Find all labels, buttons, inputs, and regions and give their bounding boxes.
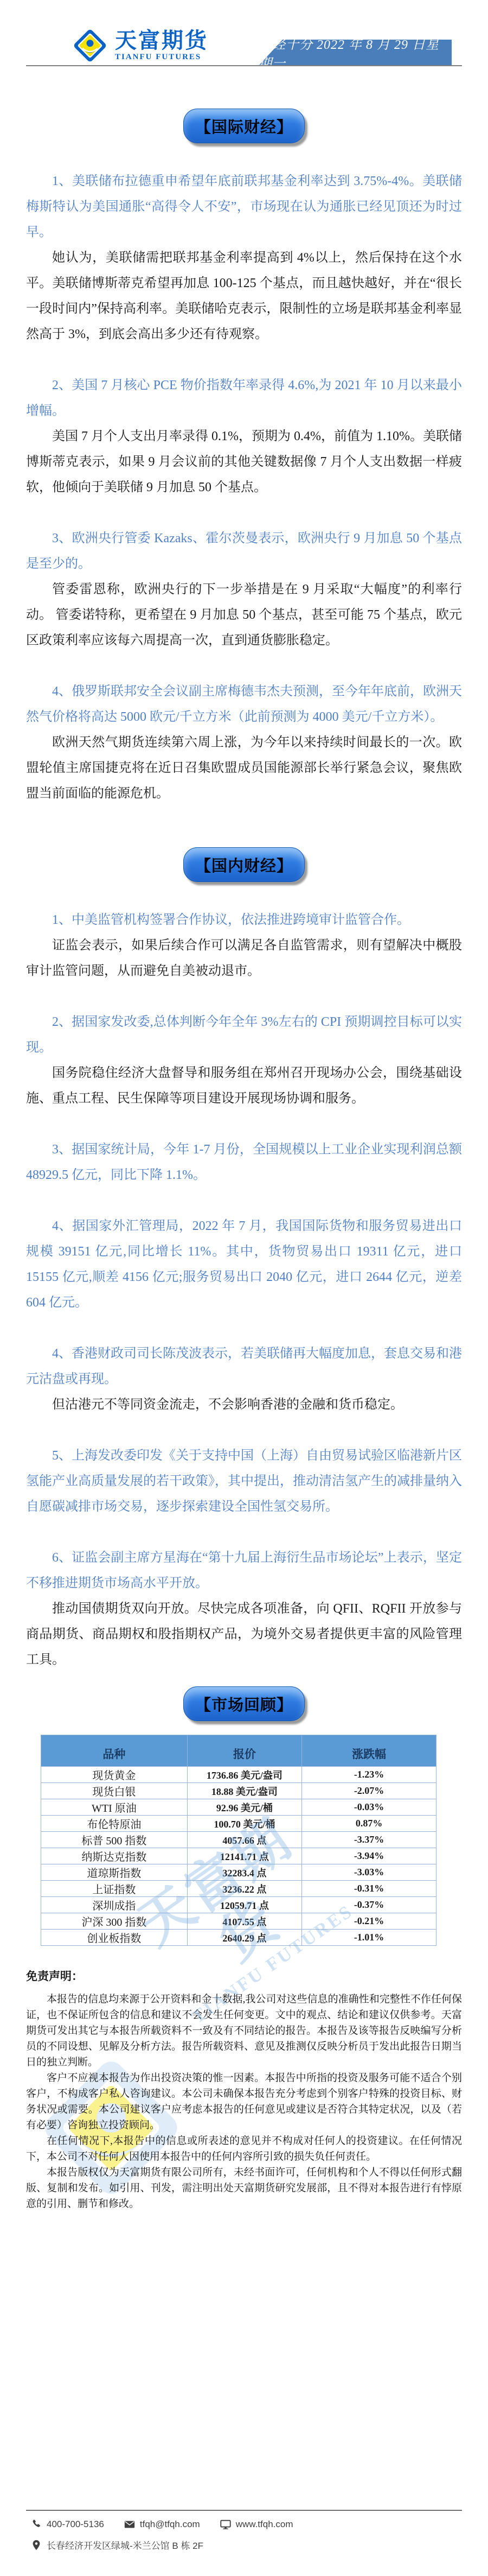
quote: 2640.29 点 bbox=[187, 1930, 301, 1946]
section-international: 1、美联储布拉德重申希望年底前联邦基金利率达到 3.75%-4%。美联储梅斯特认… bbox=[26, 169, 462, 807]
quote: 4057.66 点 bbox=[187, 1832, 301, 1848]
disclaimer-paragraph: 本报告版权仅为天富期货有限公司所有，未经书面许可，任何机构和个人不得以任何形式翻… bbox=[26, 2165, 462, 2212]
product-name: 布伦特原油 bbox=[41, 1816, 188, 1832]
website-url: www.tfqh.com bbox=[236, 2519, 293, 2530]
change-pct: -0.37% bbox=[302, 1897, 436, 1913]
news-paragraph: 欧洲天然气期货连续第六周上涨，为今年以来持续时间最长的一次。欧盟轮值主席国捷克将… bbox=[26, 730, 462, 807]
table-row: WTI 原油92.96 美元/桶-0.03% bbox=[41, 1799, 436, 1816]
product-name: 标普 500 指数 bbox=[41, 1832, 188, 1848]
news-paragraph: 1、美联储布拉德重申希望年底前联邦基金利率达到 3.75%-4%。美联储梅斯特认… bbox=[26, 169, 462, 245]
product-name: 沪深 300 指数 bbox=[41, 1913, 188, 1930]
table-row: 上证指数3236.22 点-0.31% bbox=[41, 1881, 436, 1897]
news-paragraph: 证监会表示，如果后续合作可以满足各自监管需求，则有望解决中概股审计监管问题，从而… bbox=[26, 933, 462, 984]
quote: 1736.86 美元/盎司 bbox=[187, 1767, 301, 1783]
email-item: tfqh@tfqh.com bbox=[124, 2518, 200, 2530]
table-header-row: 品种 报价 涨跌幅 bbox=[41, 1735, 436, 1767]
change-pct: -3.03% bbox=[302, 1864, 436, 1881]
section-title-international: 【国际财经】 bbox=[183, 109, 305, 143]
quote: 92.96 美元/桶 bbox=[187, 1799, 301, 1816]
tianfu-diamond-icon bbox=[70, 26, 110, 65]
news-paragraph: 但沽港元不等同资金流走，不会影响香港的金融和货币稳定。 bbox=[26, 1392, 462, 1418]
quote: 18.88 美元/盎司 bbox=[187, 1783, 301, 1799]
header: 天富期货 TIANFU FUTURES 财经十分 2022 年 8 月 29 日… bbox=[0, 0, 488, 66]
footer-address-row: 长春经济开发区绿城-米兰公馆 B 栋 2F bbox=[30, 2538, 462, 2552]
product-name: 上证指数 bbox=[41, 1881, 188, 1897]
footer: 400-700-5136 tfqh@tfqh.com www.tfqh.com … bbox=[26, 2510, 462, 2576]
news-paragraph: 4、据国家外汇管理局，2022 年 7 月，我国国际货物和服务贸易进出口规模 3… bbox=[26, 1214, 462, 1316]
change-pct: -2.07% bbox=[302, 1783, 436, 1799]
product-name: 现货白银 bbox=[41, 1783, 188, 1799]
product-name: 现货黄金 bbox=[41, 1767, 188, 1783]
phone-number: 400-700-5136 bbox=[47, 2519, 104, 2530]
brand-name-en: TIANFU FUTURES bbox=[115, 52, 208, 62]
news-paragraph: 国务院稳住经济大盘督导和服务组在郑州召开现场办公会，围绕基础设施、重点工程、民生… bbox=[26, 1061, 462, 1112]
product-name: 创业板指数 bbox=[41, 1930, 188, 1946]
disclaimer-paragraph: 在任何情况下,本报告中的信息或所表述的意见并不构成对任何人的投资建议。在任何情况… bbox=[26, 2133, 462, 2165]
address-text: 长春经济开发区绿城-米兰公馆 B 栋 2F bbox=[47, 2538, 203, 2552]
section-title-domestic: 【国内财经】 bbox=[183, 847, 305, 882]
website-item: www.tfqh.com bbox=[220, 2518, 293, 2530]
address-item: 长春经济开发区绿城-米兰公馆 B 栋 2F bbox=[30, 2538, 203, 2552]
news-paragraph: 5、上海发改委印发《关于支持中国（上海）自由贸易试验区临港新片区氢能产业高质量发… bbox=[26, 1443, 462, 1520]
disclaimer: 免责声明： 本报告的信息均来源于公开资料和金十数据,我公司对这些信息的准确性和完… bbox=[26, 1968, 462, 2212]
quote: 32283.4 点 bbox=[187, 1864, 301, 1881]
product-name: WTI 原油 bbox=[41, 1799, 188, 1816]
brand-name-cn: 天富期货 bbox=[115, 29, 208, 52]
news-paragraph: 她认为，美联储需把联邦基金利率提高到 4%以上，然后保持在这个水平。美联储博斯蒂… bbox=[26, 245, 462, 347]
quote: 12059.71 点 bbox=[187, 1897, 301, 1913]
table-row: 道琼斯指数32283.4 点-3.03% bbox=[41, 1864, 436, 1881]
phone-item: 400-700-5136 bbox=[30, 2518, 104, 2530]
footer-contact-row: 400-700-5136 tfqh@tfqh.com www.tfqh.com bbox=[30, 2518, 462, 2530]
footer-divider bbox=[26, 2510, 462, 2511]
change-pct: 0.87% bbox=[302, 1816, 436, 1832]
section-title-market-review: 【市场回顾】 bbox=[183, 1686, 305, 1721]
news-paragraph: 4、俄罗斯联邦安全会议副主席梅德韦杰夫预测，至今年年底前，欧洲天然气价格将高达 … bbox=[26, 679, 462, 730]
mail-icon bbox=[124, 2518, 136, 2530]
quote: 3236.22 点 bbox=[187, 1881, 301, 1897]
news-paragraph: 2、据国家发改委,总体判断今年全年 3%左右的 CPI 预期调控目标可以实现。 bbox=[26, 1010, 462, 1061]
table-row: 创业板指数2640.29 点-1.01% bbox=[41, 1930, 436, 1946]
table-row: 纳斯达克指数12141.71 点-3.94% bbox=[41, 1848, 436, 1864]
table-row: 现货白银18.88 美元/盎司-2.07% bbox=[41, 1783, 436, 1799]
table-row: 深圳成指12059.71 点-0.37% bbox=[41, 1897, 436, 1913]
change-pct: -0.31% bbox=[302, 1881, 436, 1897]
change-pct: -3.94% bbox=[302, 1848, 436, 1864]
brand-text: 天富期货 TIANFU FUTURES bbox=[115, 29, 208, 62]
monitor-icon bbox=[220, 2518, 232, 2530]
news-paragraph: 2、美国 7 月核心 PCE 物价指数年率录得 4.6%,为 2021 年 10… bbox=[26, 373, 462, 424]
change-pct: -3.37% bbox=[302, 1832, 436, 1848]
change-pct: -0.21% bbox=[302, 1913, 436, 1930]
news-paragraph: 推动国债期货双向开放。尽快完成各项准备，向 QFII、RQFII 开放参与商品期… bbox=[26, 1596, 462, 1673]
product-name: 道琼斯指数 bbox=[41, 1864, 188, 1881]
news-paragraph: 3、欧洲央行管委 Kazaks、霍尔茨曼表示，欧洲央行 9 月加息 50 个基点… bbox=[26, 526, 462, 577]
market-review-table: 品种 报价 涨跌幅 现货黄金1736.86 美元/盎司-1.23% 现货白银18… bbox=[41, 1735, 436, 1946]
disclaimer-title: 免责声明： bbox=[26, 1968, 462, 1984]
table-row: 现货黄金1736.86 美元/盎司-1.23% bbox=[41, 1767, 436, 1783]
column-header-product: 品种 bbox=[41, 1735, 188, 1767]
quote: 12141.71 点 bbox=[187, 1848, 301, 1864]
news-paragraph: 3、据国家统计局，今年 1-7 月份，全国规模以上工业企业实现利润总额 4892… bbox=[26, 1137, 462, 1188]
table-row: 标普 500 指数4057.66 点-3.37% bbox=[41, 1832, 436, 1848]
change-pct: -1.01% bbox=[302, 1930, 436, 1946]
product-name: 纳斯达克指数 bbox=[41, 1848, 188, 1864]
quote: 100.70 美元/桶 bbox=[187, 1816, 301, 1832]
header-divider bbox=[26, 65, 462, 66]
disclaimer-paragraph: 本报告的信息均来源于公开资料和金十数据,我公司对这些信息的准确性和完整性不作任何… bbox=[26, 1991, 462, 2070]
news-paragraph: 4、香港财政司司长陈茂波表示，若美联储再大幅度加息，套息交易和港元沽盘或再现。 bbox=[26, 1341, 462, 1392]
quote: 4107.55 点 bbox=[187, 1913, 301, 1930]
column-header-change: 涨跌幅 bbox=[302, 1735, 436, 1767]
change-pct: -0.03% bbox=[302, 1799, 436, 1816]
location-pin-icon bbox=[30, 2539, 42, 2551]
section-domestic: 1、中美监管机构签署合作协议，依法推进跨境审计监管合作。 证监会表示，如果后续合… bbox=[26, 908, 462, 1673]
news-paragraph: 1、中美监管机构签署合作协议，依法推进跨境审计监管合作。 bbox=[26, 908, 462, 933]
news-paragraph: 管委雷恩称，欧洲央行的下一步举措是在 9 月采取“大幅度”的利率行动。 管委诺特… bbox=[26, 577, 462, 653]
table-row: 布伦特原油100.70 美元/桶0.87% bbox=[41, 1816, 436, 1832]
news-paragraph: 美国 7 月个人支出月率录得 0.1%，预期为 0.4%，前值为 1.10%。美… bbox=[26, 424, 462, 500]
column-header-quote: 报价 bbox=[187, 1735, 301, 1767]
news-paragraph: 6、证监会副主席方星海在“第十九届上海衍生品市场论坛”上表示，坚定不移推进期货市… bbox=[26, 1545, 462, 1596]
table-row: 沪深 300 指数4107.55 点-0.21% bbox=[41, 1913, 436, 1930]
change-pct: -1.23% bbox=[302, 1767, 436, 1783]
disclaimer-paragraph: 客户不应视本报告为作出投资决策的惟一因素。本报告中所指的投资及服务可能不适合个别… bbox=[26, 2070, 462, 2133]
email-address: tfqh@tfqh.com bbox=[140, 2519, 200, 2530]
phone-icon bbox=[30, 2518, 42, 2530]
brand-logo: 天富期货 TIANFU FUTURES bbox=[70, 26, 208, 65]
date-banner: 财经十分 2022 年 8 月 29 日星期一 bbox=[259, 40, 452, 66]
newsletter-page: { "colors": { "brand_blue": "#0a62c5", "… bbox=[0, 0, 488, 2576]
product-name: 深圳成指 bbox=[41, 1897, 188, 1913]
